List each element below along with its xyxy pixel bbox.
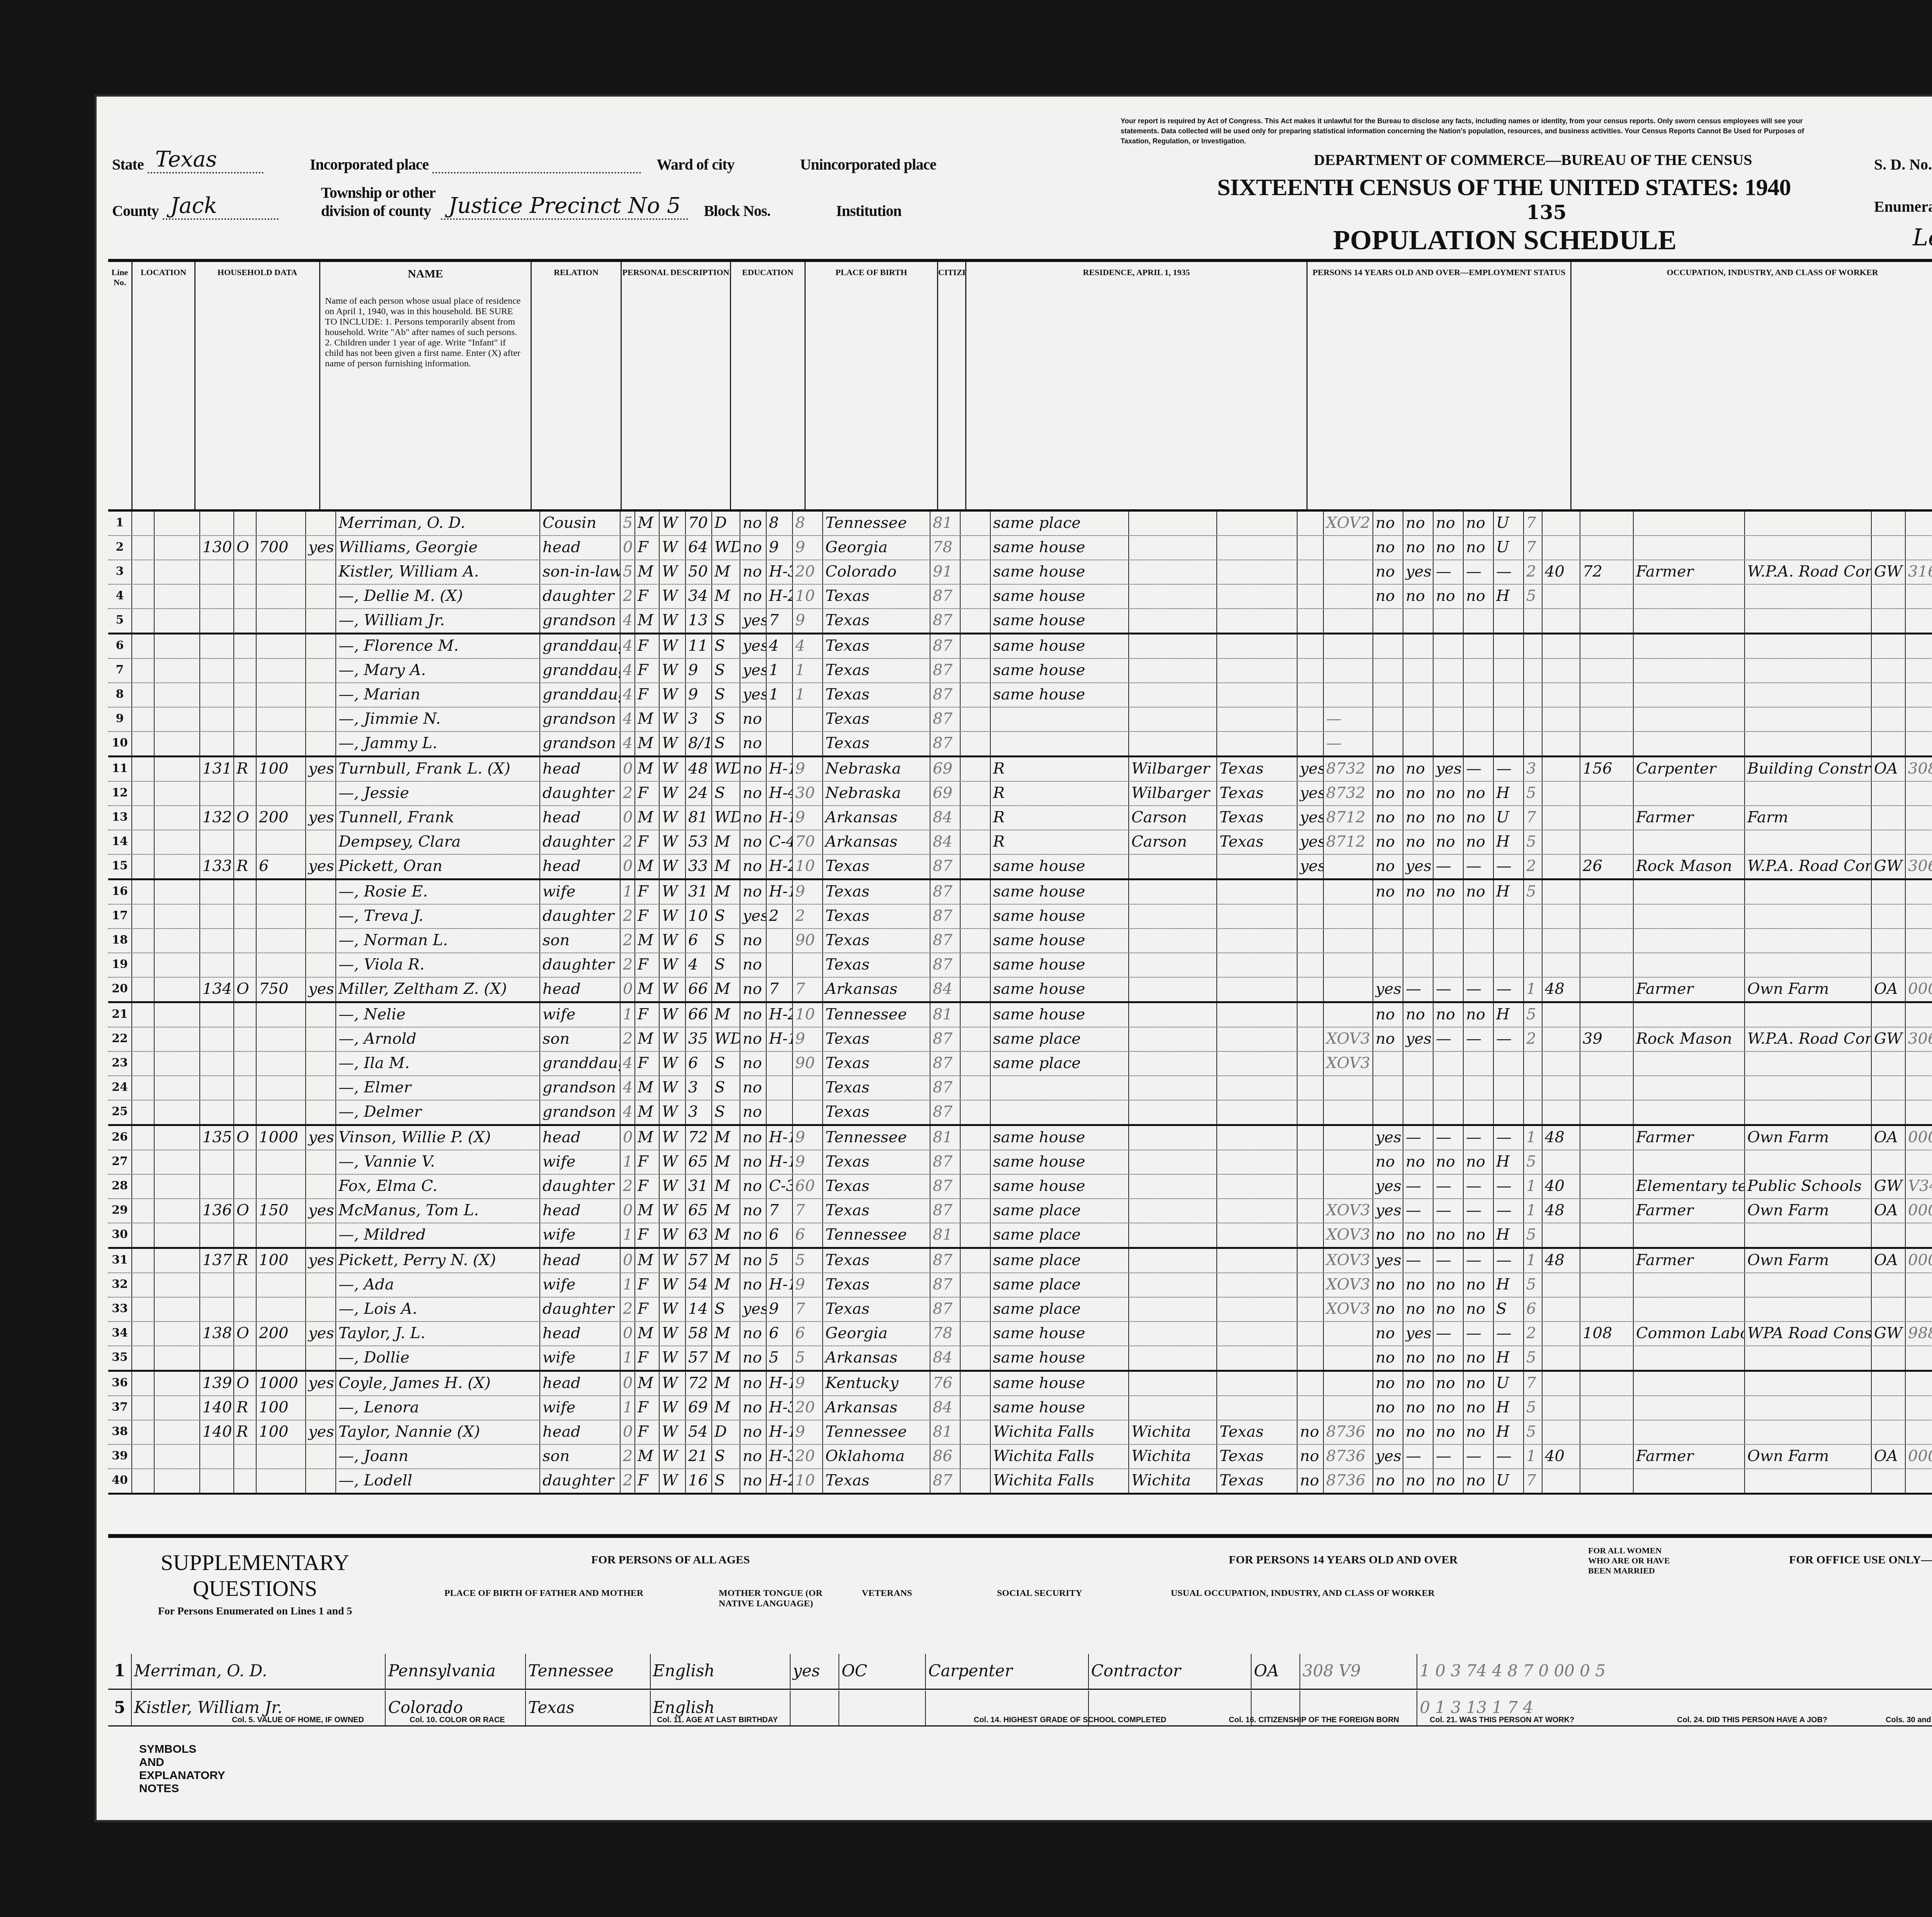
cell-visit — [200, 1076, 234, 1100]
cell-sex: F — [635, 880, 660, 904]
cell-value — [257, 905, 306, 928]
cell-race: W — [660, 1346, 686, 1370]
township-label: Township or other division of county — [321, 184, 437, 220]
cell-value — [257, 782, 306, 805]
cell-w25 — [1494, 609, 1524, 633]
cell-own — [234, 1346, 257, 1370]
cell-gc: 7 — [793, 1199, 823, 1223]
cell-res-city: same house — [991, 609, 1129, 633]
cell-race: W — [660, 560, 686, 584]
cell-birth: Texas — [823, 1027, 930, 1051]
cell-dur: 39 — [1580, 1027, 1634, 1051]
cell-house — [155, 1101, 200, 1124]
cell-house — [155, 1249, 200, 1272]
cell-gc: 2 — [793, 905, 823, 928]
cell-name: Taylor, Nannie (X) — [336, 1420, 540, 1444]
cell-ocode: 000 VV 4 — [1906, 1445, 1932, 1468]
table-row: 30—, Mildredwife1FW63Mno66Tennessee81sam… — [108, 1223, 1932, 1249]
cell-mar: S — [712, 708, 740, 731]
cell-sch: no — [740, 1027, 767, 1051]
cell-ocode: 000 VV 4 — [1906, 1249, 1932, 1272]
cell-sex: M — [635, 757, 660, 781]
cell-ocode: 000 VV 4 — [1906, 1126, 1932, 1150]
cell-res-county — [1129, 1273, 1217, 1297]
cell-age: 57 — [686, 1346, 712, 1370]
cell-race: W — [660, 855, 686, 878]
cell-ind: Own Farm — [1745, 1126, 1872, 1150]
cell-rc: XOV3 — [1324, 1223, 1373, 1247]
cell-res-farm: yes — [1298, 806, 1324, 830]
cell-res-county — [1129, 1396, 1217, 1420]
cell-e — [1524, 609, 1543, 633]
cell-value — [257, 1469, 306, 1493]
cell-farm — [306, 708, 336, 731]
cell-mar: S — [712, 609, 740, 633]
cell-gc — [793, 1076, 823, 1100]
cell-hrs — [1543, 1076, 1580, 1100]
cell-rel: head — [540, 1199, 621, 1223]
cell-ocode — [1906, 953, 1932, 977]
cell-value: 750 — [257, 978, 306, 1001]
cell-rel: daughter — [540, 1175, 621, 1198]
cell-w22: no — [1403, 1003, 1434, 1027]
cell-res-city — [991, 1101, 1129, 1124]
cell-age: 31 — [686, 1175, 712, 1198]
cell-res-state — [1217, 1396, 1298, 1420]
cell-occ: Farmer — [1634, 806, 1745, 830]
cell-occ — [1634, 929, 1745, 953]
cell-cls — [1872, 609, 1906, 633]
cell-bc: 86 — [930, 1445, 961, 1468]
cell-w25 — [1494, 708, 1524, 731]
cell-ocode — [1906, 683, 1932, 707]
cell-w25 — [1494, 905, 1524, 928]
cell-gc — [793, 708, 823, 731]
note-col10: Col. 10. COLOR OR RACE — [410, 1716, 505, 1725]
supp-cell-ss: OC — [839, 1654, 926, 1689]
cell-rel: head — [540, 1420, 621, 1444]
cell-own: O — [234, 1126, 257, 1150]
cell-mar: WD — [712, 806, 740, 830]
office-use-heading: FOR OFFICE USE ONLY—DO NOT WRITE IN THES… — [1789, 1553, 1932, 1567]
cell-visit: 140 — [200, 1420, 234, 1444]
cell-res-farm — [1298, 1249, 1324, 1272]
cell-sch: no — [740, 1199, 767, 1223]
cell-street — [132, 806, 155, 830]
cell-bc: 87 — [930, 585, 961, 608]
cell-res-county — [1129, 1027, 1217, 1051]
cell-occ — [1634, 1223, 1745, 1247]
cell-rc: 8736 — [1324, 1445, 1373, 1468]
cell-visit: 136 — [200, 1199, 234, 1223]
cell-e: 5 — [1524, 830, 1543, 854]
cell-visit: 133 — [200, 855, 234, 878]
cell-hrs — [1543, 609, 1580, 633]
cell-farm — [306, 1469, 336, 1493]
table-row: 27—, Vannie V.wife1FW65MnoH-19Texas87sam… — [108, 1150, 1932, 1175]
cell-rel: son — [540, 929, 621, 953]
cell-gc: 30 — [793, 782, 823, 805]
cell-cit — [961, 1396, 991, 1420]
cell-birth: Arkansas — [823, 1396, 930, 1420]
cell-e: 5 — [1524, 782, 1543, 805]
cell-bc: 87 — [930, 1273, 961, 1297]
cell-w23: — — [1434, 855, 1464, 878]
cell-street — [132, 830, 155, 854]
cell-ind: WPA Road Construction — [1745, 1322, 1872, 1345]
cell-cit — [961, 1346, 991, 1370]
cell-street — [132, 1052, 155, 1075]
cell-rc: — — [1324, 708, 1373, 731]
cell-visit — [200, 585, 234, 608]
cell-occ: Rock Mason — [1634, 1027, 1745, 1051]
cell-dur — [1580, 1445, 1634, 1468]
cell-ocode — [1906, 1396, 1932, 1420]
cell-sch: no — [740, 732, 767, 755]
table-row: 32—, Adawife1FW54MnoH-19Texas87same plac… — [108, 1273, 1932, 1298]
cell-res-city: same house — [991, 880, 1129, 904]
cell-value — [257, 609, 306, 633]
cell-w23: no — [1434, 1420, 1464, 1444]
cell-line: 16 — [108, 880, 132, 904]
cell-line: 2 — [108, 536, 132, 560]
cell-w23: no — [1434, 1273, 1464, 1297]
cell-visit: 138 — [200, 1322, 234, 1345]
cell-bc: 81 — [930, 512, 961, 535]
cell-farm: yes — [306, 757, 336, 781]
cell-age: 69 — [686, 1396, 712, 1420]
cell-race: W — [660, 1420, 686, 1444]
note-col5: Col. 5. VALUE OF HOME, IF OWNED — [232, 1716, 364, 1725]
cell-w22 — [1403, 1101, 1434, 1124]
cell-sex: F — [635, 1175, 660, 1198]
cell-res-city: same house — [991, 659, 1129, 682]
cell-ind — [1745, 880, 1872, 904]
cell-e — [1524, 634, 1543, 658]
cell-rc: XOV3 — [1324, 1298, 1373, 1321]
cell-bc: 84 — [930, 830, 961, 854]
cell-code: 4 — [621, 732, 635, 755]
cell-name: Vinson, Willie P. (X) — [336, 1126, 540, 1150]
cell-res-county — [1129, 609, 1217, 633]
cell-rc — [1324, 585, 1373, 608]
cell-hrs — [1543, 929, 1580, 953]
cell-w25: — — [1494, 560, 1524, 584]
cell-bc: 91 — [930, 560, 961, 584]
table-row: 3Kistler, William A.son-in-law5MW50MnoH-… — [108, 560, 1932, 585]
supp-cell-vet: yes — [791, 1654, 839, 1689]
table-row: 36139O1000yesCoyle, James H. (X)head0MW7… — [108, 1372, 1932, 1396]
cell-w24: — — [1464, 855, 1494, 878]
cell-w21: no — [1373, 880, 1403, 904]
cell-mar: S — [712, 634, 740, 658]
cell-w25: — — [1494, 1249, 1524, 1272]
cell-race: W — [660, 683, 686, 707]
cell-hrs — [1543, 1273, 1580, 1297]
cell-cls — [1872, 512, 1906, 535]
cell-res-county — [1129, 1199, 1217, 1223]
cell-ind: Public Schools — [1745, 1175, 1872, 1198]
cell-house — [155, 1420, 200, 1444]
cell-code: 4 — [621, 1052, 635, 1075]
cell-name: Taylor, J. L. — [336, 1322, 540, 1345]
cell-ocode — [1906, 659, 1932, 682]
cell-sch: yes — [740, 609, 767, 633]
cell-rc — [1324, 1346, 1373, 1370]
cell-w24: no — [1464, 782, 1494, 805]
cell-mar: S — [712, 659, 740, 682]
cell-cls — [1872, 1273, 1906, 1297]
cell-code: 4 — [621, 634, 635, 658]
cell-w22: no — [1403, 1469, 1434, 1493]
supplementary-section: SUPPLEMENTARY QUESTIONS For Persons Enum… — [108, 1534, 1932, 1538]
cell-visit — [200, 880, 234, 904]
cell-ocode — [1906, 929, 1932, 953]
cell-dur — [1580, 609, 1634, 633]
cell-res-county: Carson — [1129, 830, 1217, 854]
cell-e: 5 — [1524, 1396, 1543, 1420]
cell-name: Williams, Georgie — [336, 536, 540, 560]
cell-hrs — [1543, 512, 1580, 535]
cell-w21 — [1373, 1052, 1403, 1075]
cell-res-state — [1217, 1199, 1298, 1223]
cell-grade: H-1 — [767, 757, 793, 781]
cell-e — [1524, 683, 1543, 707]
cell-age: 8/12 — [686, 732, 712, 755]
table-row: 9—, Jimmie N.grandson4MW3SnoTexas87—9 — [108, 708, 1932, 732]
cell-gc: 90 — [793, 1052, 823, 1075]
table-row: 40—, Lodelldaughter2FW16SnoH-210Texas87W… — [108, 1469, 1932, 1495]
stamp-number: 135 — [1526, 201, 1566, 224]
cell-w23: — — [1434, 978, 1464, 1001]
cell-hrs — [1543, 1298, 1580, 1321]
cell-value — [257, 585, 306, 608]
cell-dur — [1580, 905, 1634, 928]
cell-value: 200 — [257, 1322, 306, 1345]
state-field: Texas — [148, 147, 264, 173]
cell-own — [234, 953, 257, 977]
cell-w21: no — [1373, 1150, 1403, 1174]
cell-w21: no — [1373, 830, 1403, 854]
cell-dur — [1580, 782, 1634, 805]
cell-grade: H-1 — [767, 880, 793, 904]
cell-age: 70 — [686, 512, 712, 535]
cell-value: 1000 — [257, 1126, 306, 1150]
cell-hrs — [1543, 855, 1580, 878]
cell-sch: no — [740, 855, 767, 878]
cell-ocode — [1906, 1346, 1932, 1370]
cell-occ — [1634, 953, 1745, 977]
cell-res-city: same place — [991, 1298, 1129, 1321]
cell-res-state — [1217, 1101, 1298, 1124]
cell-cls — [1872, 806, 1906, 830]
cell-sex: F — [635, 1469, 660, 1493]
cell-hrs: 48 — [1543, 1199, 1580, 1223]
cell-ocode — [1906, 634, 1932, 658]
cell-res-county — [1129, 560, 1217, 584]
table-row: 35—, Dolliewife1FW57Mno55Arkansas84same … — [108, 1346, 1932, 1372]
cell-mar: M — [712, 585, 740, 608]
cell-sch: yes — [740, 1298, 767, 1321]
cell-e: 3 — [1524, 757, 1543, 781]
cell-farm — [306, 1076, 336, 1100]
cell-res-county — [1129, 953, 1217, 977]
cell-grade — [767, 1101, 793, 1124]
cell-house — [155, 1199, 200, 1223]
cell-race: W — [660, 1322, 686, 1345]
cell-sch: yes — [740, 634, 767, 658]
cell-birth: Texas — [823, 855, 930, 878]
cell-rc — [1324, 953, 1373, 977]
cell-name: —, Lenora — [336, 1396, 540, 1420]
cell-code: 4 — [621, 1101, 635, 1124]
cell-w22: — — [1403, 1445, 1434, 1468]
supp-cell-father: Pennsylvania — [386, 1654, 526, 1689]
cell-sex: M — [635, 732, 660, 755]
cell-rc: XOV3 — [1324, 1249, 1373, 1272]
table-row: 34138O200yesTaylor, J. L.head0MW58Mno66G… — [108, 1322, 1932, 1346]
cell-mar: S — [712, 1445, 740, 1468]
cell-w23 — [1434, 929, 1464, 953]
cell-w22 — [1403, 1076, 1434, 1100]
cell-ind: Own Farm — [1745, 1199, 1872, 1223]
cell-line: 11 — [108, 757, 132, 781]
married-women-heading: FOR ALL WOMEN WHO ARE OR HAVE BEEN MARRI… — [1588, 1546, 1681, 1576]
cell-bc: 87 — [930, 905, 961, 928]
cell-farm: yes — [306, 1420, 336, 1444]
cell-name: —, Norman L. — [336, 929, 540, 953]
cell-sex: M — [635, 1076, 660, 1100]
cell-line: 20 — [108, 978, 132, 1001]
cell-cit — [961, 1101, 991, 1124]
cell-gc: 90 — [793, 929, 823, 953]
cell-visit — [200, 953, 234, 977]
cell-ocode: 316 V9 2 — [1906, 560, 1932, 584]
cell-gc: 7 — [793, 978, 823, 1001]
cell-house — [155, 929, 200, 953]
cell-res-city: same house — [991, 1372, 1129, 1395]
cell-code: 2 — [621, 929, 635, 953]
cell-cit — [961, 659, 991, 682]
cell-ocode — [1906, 782, 1932, 805]
cell-cls — [1872, 1298, 1906, 1321]
cell-rc — [1324, 634, 1373, 658]
cell-rel: daughter — [540, 585, 621, 608]
cell-res-farm — [1298, 880, 1324, 904]
cell-res-farm — [1298, 978, 1324, 1001]
cell-w23: no — [1434, 1469, 1464, 1493]
cell-birth: Texas — [823, 1052, 930, 1075]
cell-gc: 10 — [793, 585, 823, 608]
cell-hrs — [1543, 708, 1580, 731]
cell-code: 4 — [621, 1076, 635, 1100]
cell-w23: — — [1434, 1199, 1464, 1223]
cell-w21 — [1373, 634, 1403, 658]
cell-res-state — [1217, 1003, 1298, 1027]
cell-dur — [1580, 683, 1634, 707]
cell-hrs: 48 — [1543, 978, 1580, 1001]
cell-hrs: 40 — [1543, 1445, 1580, 1468]
cell-sex: F — [635, 659, 660, 682]
cell-sch: yes — [740, 659, 767, 682]
cell-w24 — [1464, 1076, 1494, 1100]
cell-res-city: same place — [991, 1249, 1129, 1272]
cell-cit — [961, 929, 991, 953]
cell-street — [132, 1396, 155, 1420]
cell-birth: Texas — [823, 1076, 930, 1100]
cell-cit — [961, 830, 991, 854]
cell-w25: U — [1494, 806, 1524, 830]
cell-res-county: Wichita — [1129, 1445, 1217, 1468]
cell-w22 — [1403, 659, 1434, 682]
header-occupation: OCCUPATION, INDUSTRY, AND CLASS OF WORKE… — [1571, 262, 1932, 509]
cell-e: 5 — [1524, 1150, 1543, 1174]
table-row: 23—, Ila M.granddaughter4FW6Sno90Texas87… — [108, 1052, 1932, 1076]
cell-res-city: same place — [991, 1199, 1129, 1223]
cell-res-farm — [1298, 905, 1324, 928]
cell-own — [234, 929, 257, 953]
cell-w21: no — [1373, 560, 1403, 584]
cell-res-state — [1217, 929, 1298, 953]
cell-race: W — [660, 1469, 686, 1493]
cell-res-farm — [1298, 953, 1324, 977]
cell-sex: F — [635, 830, 660, 854]
cell-sex: M — [635, 708, 660, 731]
cell-w22: — — [1403, 1175, 1434, 1198]
cell-birth: Texas — [823, 1298, 930, 1321]
cell-gc: 1 — [793, 683, 823, 707]
cell-w21: no — [1373, 536, 1403, 560]
cell-own: O — [234, 1372, 257, 1395]
cell-hrs — [1543, 1101, 1580, 1124]
cell-res-city: same house — [991, 585, 1129, 608]
cell-street — [132, 1126, 155, 1150]
cell-dur — [1580, 1175, 1634, 1198]
cell-dur — [1580, 1150, 1634, 1174]
cell-name: —, Jammy L. — [336, 732, 540, 755]
cell-code: 1 — [621, 1003, 635, 1027]
cell-w22 — [1403, 609, 1434, 633]
cell-own — [234, 659, 257, 682]
cell-dur — [1580, 512, 1634, 535]
cell-ocode — [1906, 1420, 1932, 1444]
cell-birth: Texas — [823, 683, 930, 707]
cell-ocode — [1906, 732, 1932, 755]
cell-hrs — [1543, 1052, 1580, 1075]
cell-house — [155, 1076, 200, 1100]
over14-heading: FOR PERSONS 14 YEARS OLD AND OVER — [1229, 1553, 1458, 1567]
cell-gc: 6 — [793, 1322, 823, 1345]
cell-code: 2 — [621, 585, 635, 608]
cell-street — [132, 1420, 155, 1444]
cell-house — [155, 905, 200, 928]
header-household: HOUSEHOLD DATA — [196, 262, 320, 509]
cell-line: 22 — [108, 1027, 132, 1051]
cell-cit — [961, 683, 991, 707]
cell-hrs — [1543, 1003, 1580, 1027]
cell-w22: no — [1403, 1346, 1434, 1370]
cell-occ — [1634, 1298, 1745, 1321]
cell-age: 10 — [686, 905, 712, 928]
cell-e — [1524, 905, 1543, 928]
cell-w21 — [1373, 659, 1403, 682]
cell-mar: S — [712, 782, 740, 805]
cell-dur: 72 — [1580, 560, 1634, 584]
cell-own — [234, 1469, 257, 1493]
header-relation: RELATION — [532, 262, 622, 509]
cell-line: 18 — [108, 929, 132, 953]
cell-w24: no — [1464, 1298, 1494, 1321]
